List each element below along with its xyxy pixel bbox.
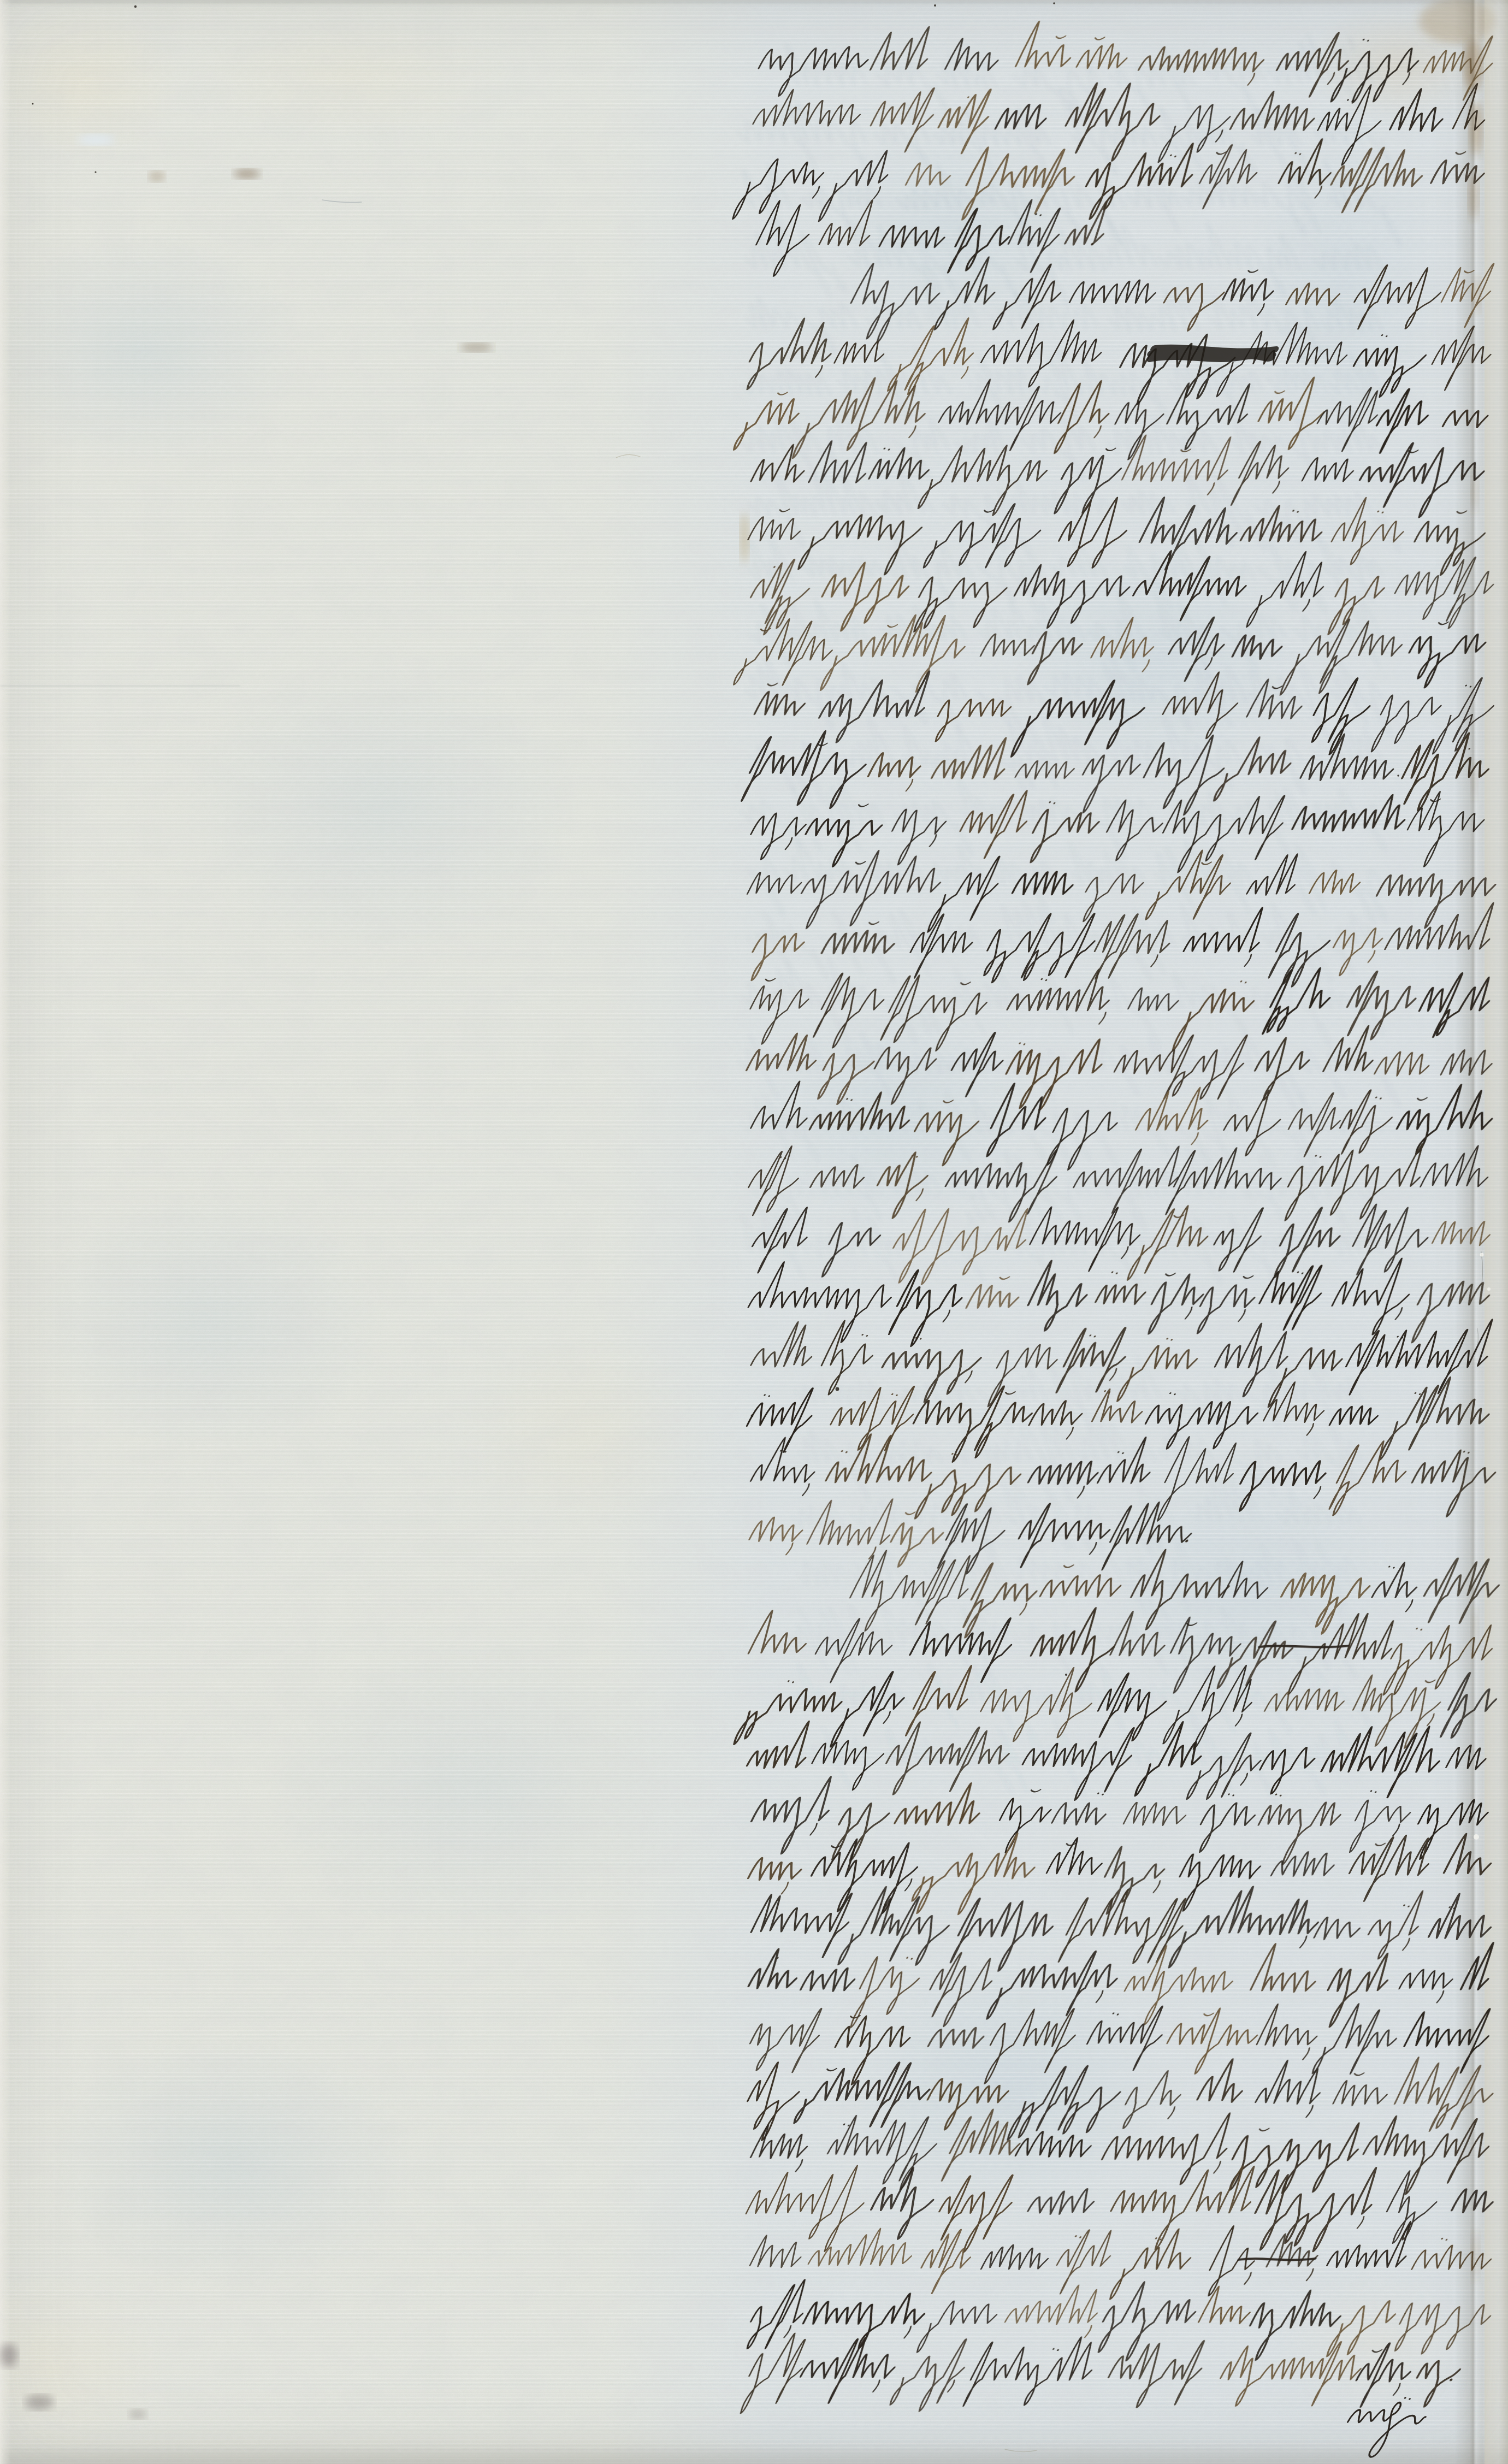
ink-speck [1053,2,1055,4]
strikethrough-mark [1259,1646,1348,1647]
ink-speck [94,171,96,173]
ink-speck [934,4,936,7]
horizontal-crease [0,685,240,687]
paper-speck [1480,1253,1484,1257]
manuscript-page [0,0,1508,2464]
adjacent-page-edge-strip [1485,0,1508,2464]
paper-grain-texture [0,0,1508,2464]
paper-stain [129,2409,146,2419]
paper-speck [1487,1287,1491,1291]
paper-stain [0,2343,17,2367]
paper-stain [740,513,749,563]
paper-stain [25,2395,54,2410]
ink-speck [32,103,34,105]
ink-speck [751,1415,754,1417]
ink-blot-correction [1149,348,1276,359]
manuscript-artwork [0,0,1508,2464]
ink-speck [836,1387,839,1391]
paper-stain [234,169,260,179]
strikethrough-mark [1238,2259,1315,2260]
paper-stain [149,171,165,182]
paper-stain [78,134,115,145]
ink-speck [1397,775,1399,776]
ink-speck [134,5,137,8]
ink-speck [1065,1674,1067,1676]
paper-speck [1474,1834,1479,1840]
paper-stain [460,343,493,352]
